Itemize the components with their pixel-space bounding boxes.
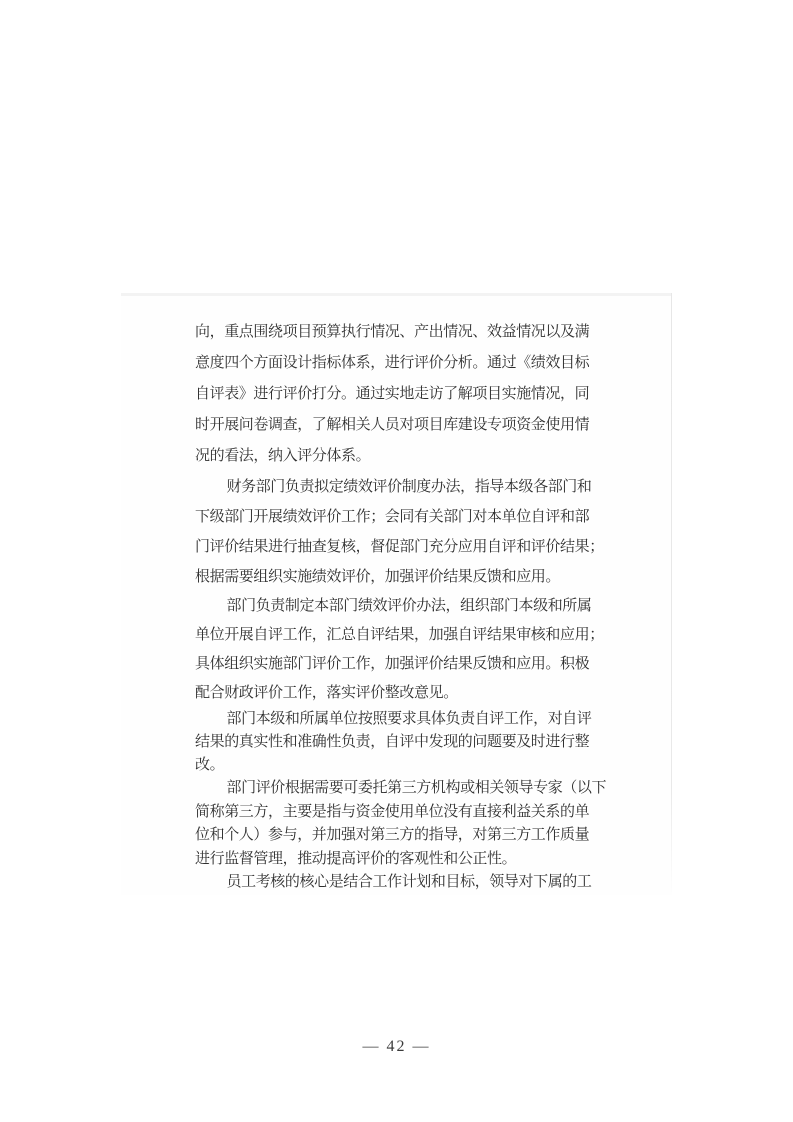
paragraph: 部门负责制定本部门绩效评价办法，组织部门本级和所属单位开展自评工作，汇总自评结果… [195,592,595,708]
page-right-edge [671,293,672,895]
text-line: 改。 [195,754,595,777]
text-line: 简称第三方，主要是指与资金使用单位没有直接利益关系的单 [195,801,595,825]
document-text-column: 向，重点围绕项目预算执行情况、产出情况、效益情况以及满意度四个方面设计指标体系，… [195,317,595,894]
paragraph: 财务部门负责拟定绩效评价制度办法，指导本级各部门和下级部门开展绩效评价工作；会同… [195,472,595,592]
text-line: 部门本级和所属单位按照要求具体负责自评工作，对自评 [195,708,595,731]
text-line: 进行监督管理，推动提高评价的客观性和公正性。 [195,848,595,872]
paragraph: 员工考核的核心是结合工作计划和目标，领导对下属的工 [195,871,595,894]
text-line: 部门负责制定本部门绩效评价办法，组织部门本级和所属 [195,592,595,621]
text-line: 结果的真实性和准确性负责，自评中发现的问题要及时进行整 [195,731,595,754]
text-line: 根据需要组织实施绩效评价，加强评价结果反馈和应用。 [195,562,595,592]
text-line: 位和个人）参与，并加强对第三方的指导，对第三方工作质量 [195,824,595,848]
text-line: 自评表》进行评价打分。通过实地走访了解项目实施情况，同 [195,379,595,410]
text-line: 配合财政评价工作，落实评价整改意见。 [195,679,595,708]
text-line: 财务部门负责拟定绩效评价制度办法，指导本级各部门和 [195,472,595,502]
text-line: 下级部门开展绩效评价工作；会同有关部门对本单位自评和部 [195,502,595,532]
page-number: — 42 — [0,1038,793,1056]
text-line: 具体组织实施部门评价工作，加强评价结果反馈和应用。积极 [195,650,595,679]
text-line: 员工考核的核心是结合工作计划和目标，领导对下属的工 [195,871,595,894]
page-top-edge [121,293,672,296]
paragraph: 向，重点围绕项目预算执行情况、产出情况、效益情况以及满意度四个方面设计指标体系，… [195,317,595,472]
text-line: 向，重点围绕项目预算执行情况、产出情况、效益情况以及满 [195,317,595,348]
text-line: 况的看法，纳入评分体系。 [195,441,595,472]
paragraph: 部门本级和所属单位按照要求具体负责自评工作，对自评结果的真实性和准确性负责，自评… [195,708,595,777]
text-line: 门评价结果进行抽查复核，督促部门充分应用自评和评价结果； [195,532,595,562]
text-line: 部门评价根据需要可委托第三方机构或相关领导专家（以下 [195,777,595,801]
paragraph: 部门评价根据需要可委托第三方机构或相关领导专家（以下简称第三方，主要是指与资金使… [195,777,595,871]
text-line: 单位开展自评工作，汇总自评结果，加强自评结果审核和应用； [195,621,595,650]
text-line: 时开展问卷调查，了解相关人员对项目库建设专项资金使用情 [195,410,595,441]
text-line: 意度四个方面设计指标体系，进行评价分析。通过《绩效目标 [195,348,595,379]
